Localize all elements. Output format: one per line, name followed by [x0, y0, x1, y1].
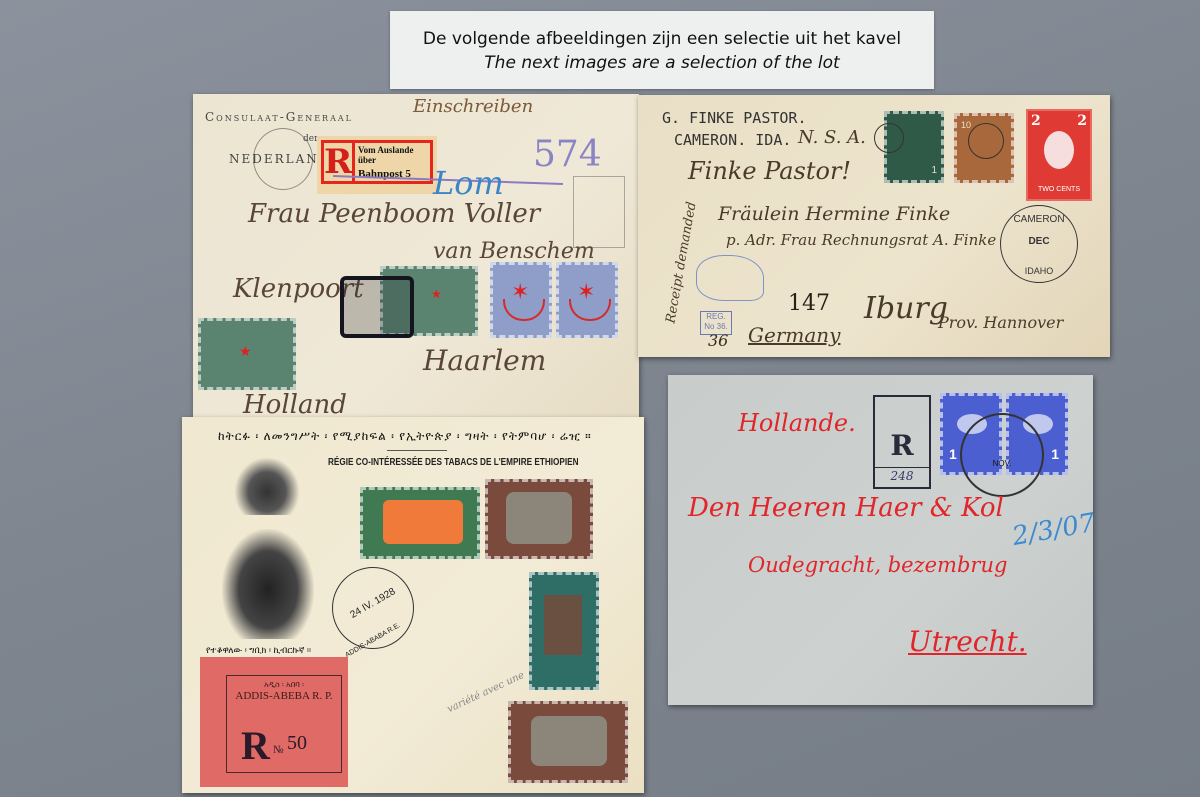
imperial-coat-of-arms — [222, 529, 314, 639]
amharic-header: ከትርፉ ፡ ለመንግሥት ፡ የሚያከፍል ፡ የኢትዮጵያ ፡ ግዛት ፡ … — [218, 429, 592, 444]
registration-label: R Vom Auslande über Bahnpost 5 — [317, 136, 437, 194]
sender-line3: N. S. A. — [798, 127, 866, 148]
address-line1: Frau Peenboom Voller — [248, 199, 540, 229]
registration-box-line1: REG. — [701, 312, 731, 322]
caption-dutch: De volgende afbeeldingen zijn een select… — [390, 29, 934, 49]
letterhead-line1: Consulaat-Generaal — [205, 110, 353, 124]
black-boxed-cancel — [340, 276, 414, 338]
address-line1: Hollande. — [738, 409, 856, 437]
stamp-green-orange — [360, 487, 480, 559]
address-line2: Den Heeren Haer & Kol — [688, 493, 1004, 523]
stamp-blue-2: ✶ — [556, 262, 618, 338]
cover-netherlands-consulate: Consulaat-Generaal der Nederlanden. Eins… — [193, 94, 639, 424]
registration-town: ADDIS-ABEBA R. P. — [227, 690, 341, 702]
address-line5: Germany — [748, 323, 840, 347]
registration-box: R 248 — [873, 395, 931, 489]
boxed-cancel — [573, 176, 625, 248]
registration-letter: R — [241, 722, 270, 769]
registration-number: 50 — [287, 732, 307, 755]
number-147: 147 — [788, 291, 830, 316]
stamp-blue-1: ✶ — [490, 262, 552, 338]
stamp-red-two-cents: 2 2 TWO CENTS — [1026, 109, 1092, 201]
seal-mark — [253, 128, 313, 190]
registration-number: 248 — [875, 469, 929, 483]
annotation-finke: Finke Pastor! — [688, 157, 851, 185]
blue-scrawl: Lom — [433, 164, 504, 202]
cover-cameron-idaho: G. FINKE PASTOR. CAMERON. IDA. N. S. A. … — [638, 95, 1110, 357]
blue-pencil-note: 2/3/07 — [1010, 508, 1093, 552]
sender-line1: G. FINKE PASTOR. — [662, 109, 807, 127]
stamp-brown-ostrich-2 — [508, 701, 628, 783]
address-line3: Oudegracht, bezembrug — [748, 553, 1007, 577]
addis-ababa-postmark: 24 IV. 1928 ADDIS-ABABA R.E. — [332, 567, 414, 649]
caption-card: De volgende afbeeldingen zijn een select… — [390, 11, 934, 89]
french-header: RÉGIE CO-INTÉRESSÉE DES TABACS DE L'EMPI… — [328, 457, 579, 468]
registration-label: አዲስ ፡ አበባ ፡ ADDIS-ABEBA R. P. R № 50 — [200, 657, 348, 787]
stamp-green-1: ★ — [198, 318, 296, 390]
cover-ethiopia-tabacs: ከትርፉ ፡ ለመንግሥት ፡ የሚያከፍል ፡ የኢትዮጵያ ፡ ግዛት ፡ … — [182, 417, 644, 793]
address-line1: Fräulein Hermine Finke — [718, 203, 950, 225]
address-line4: Haarlem — [423, 344, 546, 377]
sender-line2: CAMERON. IDA. — [674, 131, 791, 149]
annotation-einschreiben: Einschreiben — [413, 96, 533, 117]
address-line5: Holland — [243, 390, 347, 420]
ottoman-postmark: NOV. — [960, 413, 1044, 497]
address-line4: Prov. Hannover — [938, 313, 1063, 332]
registration-letter: R — [875, 429, 929, 462]
cover-ottoman-utrecht: R 248 1 1 NOV. Hollande. Den Heeren Haer… — [668, 375, 1093, 705]
caption-english: The next images are a selection of the l… — [390, 53, 934, 73]
dog-head-cancel — [696, 255, 764, 301]
target-cancel-1 — [874, 123, 904, 153]
address-line2: p. Adr. Frau Rechnungsrat A. Finke — [726, 231, 996, 249]
stamp-teal — [529, 572, 599, 690]
blue-number: 574 — [533, 134, 602, 175]
header-divider — [387, 450, 447, 451]
address-line2: van Benschem — [433, 239, 595, 264]
lion-of-judah-emblem — [234, 457, 300, 515]
side-note: Receipt demanded — [663, 201, 699, 325]
address-line3: Iburg — [864, 291, 948, 326]
registration-number: 36 — [708, 331, 728, 350]
amharic-subline: የተቆዋለው ፡ ግቢክ ፡ ኪብርኩኛ ። — [206, 645, 311, 656]
cameron-postmark: CAMERON DEC IDAHO — [1000, 205, 1078, 283]
stamp-brown-ostrich-1 — [485, 479, 593, 559]
target-cancel-2 — [968, 123, 1004, 159]
registration-line1: Vom Auslande über — [358, 145, 427, 165]
address-line4: Utrecht. — [908, 625, 1027, 658]
